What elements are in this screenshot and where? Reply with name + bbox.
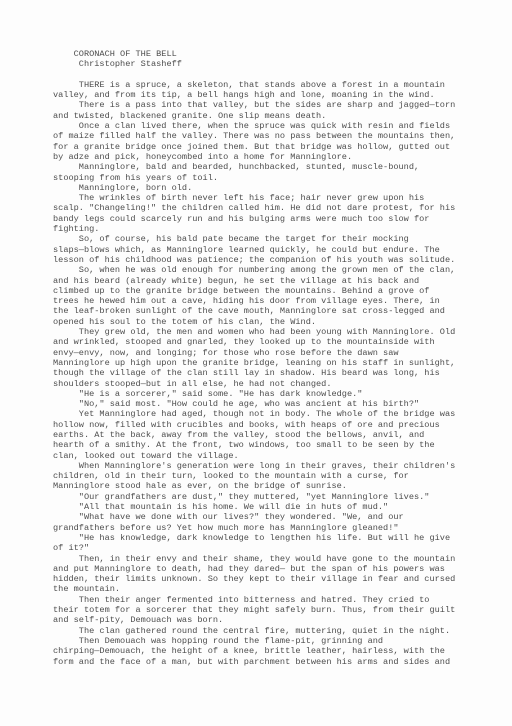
story-body-text: THERE is a spruce, a skeleton, that stan… [53, 80, 512, 667]
story-title: CORONACH OF THE BELL [53, 49, 512, 59]
story-author: Christopher Stasheff [53, 59, 512, 69]
document-page: CORONACH OF THE BELL Christopher Stashef… [0, 0, 512, 726]
